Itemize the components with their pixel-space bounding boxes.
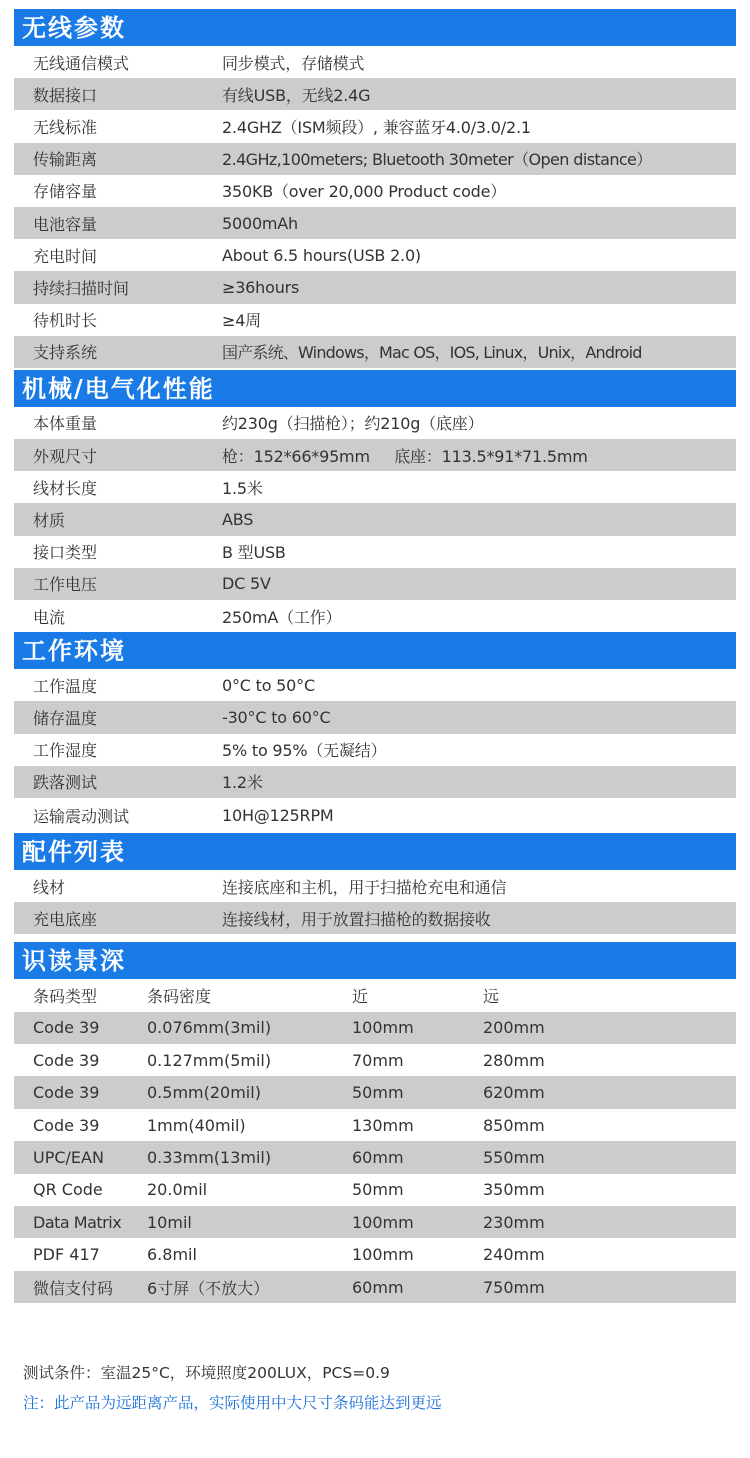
spec-row: 传输距离2.4GHz,100meters; Bluetooth 30meter（… xyxy=(14,143,736,175)
spec-value: 枪：152*66*95mm 底座：113.5*91*71.5mm xyxy=(222,444,736,467)
spec-row: 持续扫描时间≥36hours xyxy=(14,271,736,303)
spec-value: 国产系统、Windows，Mac OS，IOS, Linux，Unix，Andr… xyxy=(222,340,736,363)
spec-value: 2.4GHZ（ISM频段）, 兼容蓝牙4.0/3.0/2.1 xyxy=(222,115,736,138)
spec-value: ≥4周 xyxy=(222,308,736,331)
spec-value: 5% to 95%（无凝结） xyxy=(222,738,736,761)
spec-value: 5000mAh xyxy=(222,214,736,233)
section-accessories: 配件列表 线材连接底座和主机，用于扫描枪充电和通信 充电底座连接线材，用于放置扫… xyxy=(14,833,736,934)
spec-value: About 6.5 hours(USB 2.0) xyxy=(222,246,736,265)
cell-density: 10mil xyxy=(147,1213,352,1232)
spec-row: 无线标准2.4GHZ（ISM频段）, 兼容蓝牙4.0/3.0/2.1 xyxy=(14,110,736,142)
cell-near: 130mm xyxy=(352,1116,483,1135)
spec-label: 跌落测试 xyxy=(14,770,222,793)
spec-label: 工作湿度 xyxy=(14,738,222,761)
spec-row: 待机时长≥4周 xyxy=(14,304,736,336)
cell-near: 100mm xyxy=(352,1245,483,1264)
spec-row: 电池容量5000mAh xyxy=(14,207,736,239)
cell-far: 620mm xyxy=(483,1083,603,1102)
section-title-mechanical: 机械/电气化性能 xyxy=(14,370,736,407)
spec-row: 本体重量约230g（扫描枪）；约210g（底座） xyxy=(14,407,736,439)
spec-value: B 型USB xyxy=(222,540,736,563)
table-row: QR Code20.0mil50mm350mm xyxy=(14,1174,736,1206)
spec-value: 250mA（工作） xyxy=(222,605,736,628)
section-title-accessories: 配件列表 xyxy=(14,833,736,870)
section-depth-of-field: 识读景深 条码类型 条码密度 近 远 Code 390.076mm(3mil)1… xyxy=(14,942,736,1303)
spec-label: 数据接口 xyxy=(14,83,222,106)
spec-label: 工作温度 xyxy=(14,674,222,697)
cell-type: QR Code xyxy=(14,1180,147,1199)
cell-type: PDF 417 xyxy=(14,1245,147,1264)
spec-label: 电池容量 xyxy=(14,212,222,235)
cell-far: 280mm xyxy=(483,1051,603,1070)
spec-label: 存储容量 xyxy=(14,179,222,202)
cell-near: 100mm xyxy=(352,1213,483,1232)
table-row: Code 390.076mm(3mil)100mm200mm xyxy=(14,1012,736,1044)
spec-row: 工作湿度5% to 95%（无凝结） xyxy=(14,734,736,766)
spec-label: 电流 xyxy=(14,605,222,628)
spec-label: 接口类型 xyxy=(14,540,222,563)
section-title-environment: 工作环境 xyxy=(14,632,736,669)
spec-row: 充电时间About 6.5 hours(USB 2.0) xyxy=(14,239,736,271)
spec-row: 充电底座连接线材，用于放置扫描枪的数据接收 xyxy=(14,902,736,934)
spec-label: 传输距离 xyxy=(14,147,222,170)
spec-label: 运输震动测试 xyxy=(14,804,222,827)
spec-sheet: 无线参数 无线通信模式同步模式，存储模式 数据接口有线USB，无线2.4G 无线… xyxy=(14,9,736,1303)
spec-label: 线材 xyxy=(14,875,222,898)
table-row: 微信支付码6寸屏（不放大）60mm750mm xyxy=(14,1271,736,1303)
spec-row: 电流250mA（工作） xyxy=(14,600,736,632)
cell-type: Code 39 xyxy=(14,1051,147,1070)
spec-value: 连接底座和主机，用于扫描枪充电和通信 xyxy=(222,875,736,898)
cell-type: UPC/EAN xyxy=(14,1148,147,1167)
table-row: Data Matrix10mil100mm230mm xyxy=(14,1206,736,1238)
spec-row: 无线通信模式同步模式，存储模式 xyxy=(14,46,736,78)
section-title-depth-of-field: 识读景深 xyxy=(14,942,736,979)
spec-row: 存储容量350KB（over 20,000 Product code） xyxy=(14,175,736,207)
remark-note: 注：此产品为远距离产品，实际使用中大尺寸条码能达到更远 xyxy=(23,1388,442,1418)
spec-label: 外观尺寸 xyxy=(14,444,222,467)
spec-value: 1.5米 xyxy=(222,476,736,499)
cell-near: 70mm xyxy=(352,1051,483,1070)
spec-value: -30°C to 60°C xyxy=(222,708,736,727)
cell-density: 6.8mil xyxy=(147,1245,352,1264)
table-row: Code 391mm(40mil)130mm850mm xyxy=(14,1109,736,1141)
cell-near: 100mm xyxy=(352,1018,483,1037)
cell-near: 50mm xyxy=(352,1180,483,1199)
spec-row: 线材连接底座和主机，用于扫描枪充电和通信 xyxy=(14,870,736,902)
spec-value: ≥36hours xyxy=(222,278,736,297)
section-wireless: 无线参数 无线通信模式同步模式，存储模式 数据接口有线USB，无线2.4G 无线… xyxy=(14,9,736,368)
column-header-near: 近 xyxy=(352,984,483,1007)
spec-row: 储存温度-30°C to 60°C xyxy=(14,701,736,733)
section-environment: 工作环境 工作温度0°C to 50°C 储存温度-30°C to 60°C 工… xyxy=(14,632,736,833)
cell-type: 微信支付码 xyxy=(14,1276,147,1299)
spec-value: 10H@125RPM xyxy=(222,806,736,825)
table-row: UPC/EAN0.33mm(13mil)60mm550mm xyxy=(14,1141,736,1173)
column-header-density: 条码密度 xyxy=(147,984,352,1007)
spec-value: 同步模式，存储模式 xyxy=(222,51,736,74)
cell-density: 20.0mil xyxy=(147,1180,352,1199)
cell-density: 0.33mm(13mil) xyxy=(147,1148,352,1167)
spec-label: 待机时长 xyxy=(14,308,222,331)
table-header: 条码类型 条码密度 近 远 xyxy=(14,979,736,1011)
cell-density: 6寸屏（不放大） xyxy=(147,1276,352,1299)
spec-label: 无线通信模式 xyxy=(14,51,222,74)
spec-label: 无线标准 xyxy=(14,115,222,138)
spec-row: 数据接口有线USB，无线2.4G xyxy=(14,78,736,110)
cell-far: 850mm xyxy=(483,1116,603,1135)
cell-type: Code 39 xyxy=(14,1018,147,1037)
spec-value: ABS xyxy=(222,510,736,529)
cell-density: 0.5mm(20mil) xyxy=(147,1083,352,1102)
spec-label: 支持系统 xyxy=(14,340,222,363)
spec-value: 0°C to 50°C xyxy=(222,676,736,695)
notes: 测试条件：室温25°C，环境照度200LUX，PCS=0.9 注：此产品为远距离… xyxy=(23,1358,442,1418)
spec-label: 充电底座 xyxy=(14,907,222,930)
cell-far: 230mm xyxy=(483,1213,603,1232)
spec-value: 350KB（over 20,000 Product code） xyxy=(222,179,736,202)
column-header-barcode-type: 条码类型 xyxy=(14,984,147,1007)
spec-row: 运输震动测试10H@125RPM xyxy=(14,798,736,833)
spec-row: 工作电压DC 5V xyxy=(14,568,736,600)
spec-value: 连接线材，用于放置扫描枪的数据接收 xyxy=(222,907,736,930)
spec-row: 跌落测试1.2米 xyxy=(14,766,736,798)
spec-label: 线材长度 xyxy=(14,476,222,499)
cell-density: 0.127mm(5mil) xyxy=(147,1051,352,1070)
spec-row: 工作温度0°C to 50°C xyxy=(14,669,736,701)
spec-label: 本体重量 xyxy=(14,411,222,434)
cell-near: 60mm xyxy=(352,1148,483,1167)
spec-label: 工作电压 xyxy=(14,572,222,595)
cell-near: 60mm xyxy=(352,1278,483,1297)
spec-value: 1.2米 xyxy=(222,770,736,793)
spec-label: 储存温度 xyxy=(14,706,222,729)
spec-row: 线材长度1.5米 xyxy=(14,471,736,503)
spec-row: 支持系统国产系统、Windows，Mac OS，IOS, Linux，Unix，… xyxy=(14,336,736,368)
spec-row: 外观尺寸枪：152*66*95mm 底座：113.5*91*71.5mm xyxy=(14,439,736,471)
spec-value: DC 5V xyxy=(222,574,736,593)
cell-far: 240mm xyxy=(483,1245,603,1264)
spec-label: 持续扫描时间 xyxy=(14,276,222,299)
spec-value: 有线USB，无线2.4G xyxy=(222,83,736,106)
cell-far: 350mm xyxy=(483,1180,603,1199)
spec-label: 材质 xyxy=(14,508,222,531)
cell-density: 1mm(40mil) xyxy=(147,1116,352,1135)
table-row: PDF 4176.8mil100mm240mm xyxy=(14,1238,736,1270)
cell-far: 200mm xyxy=(483,1018,603,1037)
spec-label: 充电时间 xyxy=(14,244,222,267)
cell-far: 750mm xyxy=(483,1278,603,1297)
table-row: Code 390.5mm(20mil)50mm620mm xyxy=(14,1076,736,1108)
cell-type: Data Matrix xyxy=(14,1213,147,1232)
cell-type: Code 39 xyxy=(14,1083,147,1102)
section-mechanical: 机械/电气化性能 本体重量约230g（扫描枪）；约210g（底座） 外观尺寸枪：… xyxy=(14,370,736,632)
spec-row: 接口类型B 型USB xyxy=(14,536,736,568)
spec-row: 材质ABS xyxy=(14,503,736,535)
table-row: Code 390.127mm(5mil)70mm280mm xyxy=(14,1044,736,1076)
cell-type: Code 39 xyxy=(14,1116,147,1135)
spec-value: 2.4GHz,100meters; Bluetooth 30meter（Open… xyxy=(222,147,736,170)
spec-value: 约230g（扫描枪）；约210g（底座） xyxy=(222,411,736,434)
column-header-far: 远 xyxy=(483,984,603,1007)
test-conditions-note: 测试条件：室温25°C，环境照度200LUX，PCS=0.9 xyxy=(23,1358,442,1388)
cell-far: 550mm xyxy=(483,1148,603,1167)
cell-near: 50mm xyxy=(352,1083,483,1102)
section-title-wireless: 无线参数 xyxy=(14,9,736,46)
cell-density: 0.076mm(3mil) xyxy=(147,1018,352,1037)
